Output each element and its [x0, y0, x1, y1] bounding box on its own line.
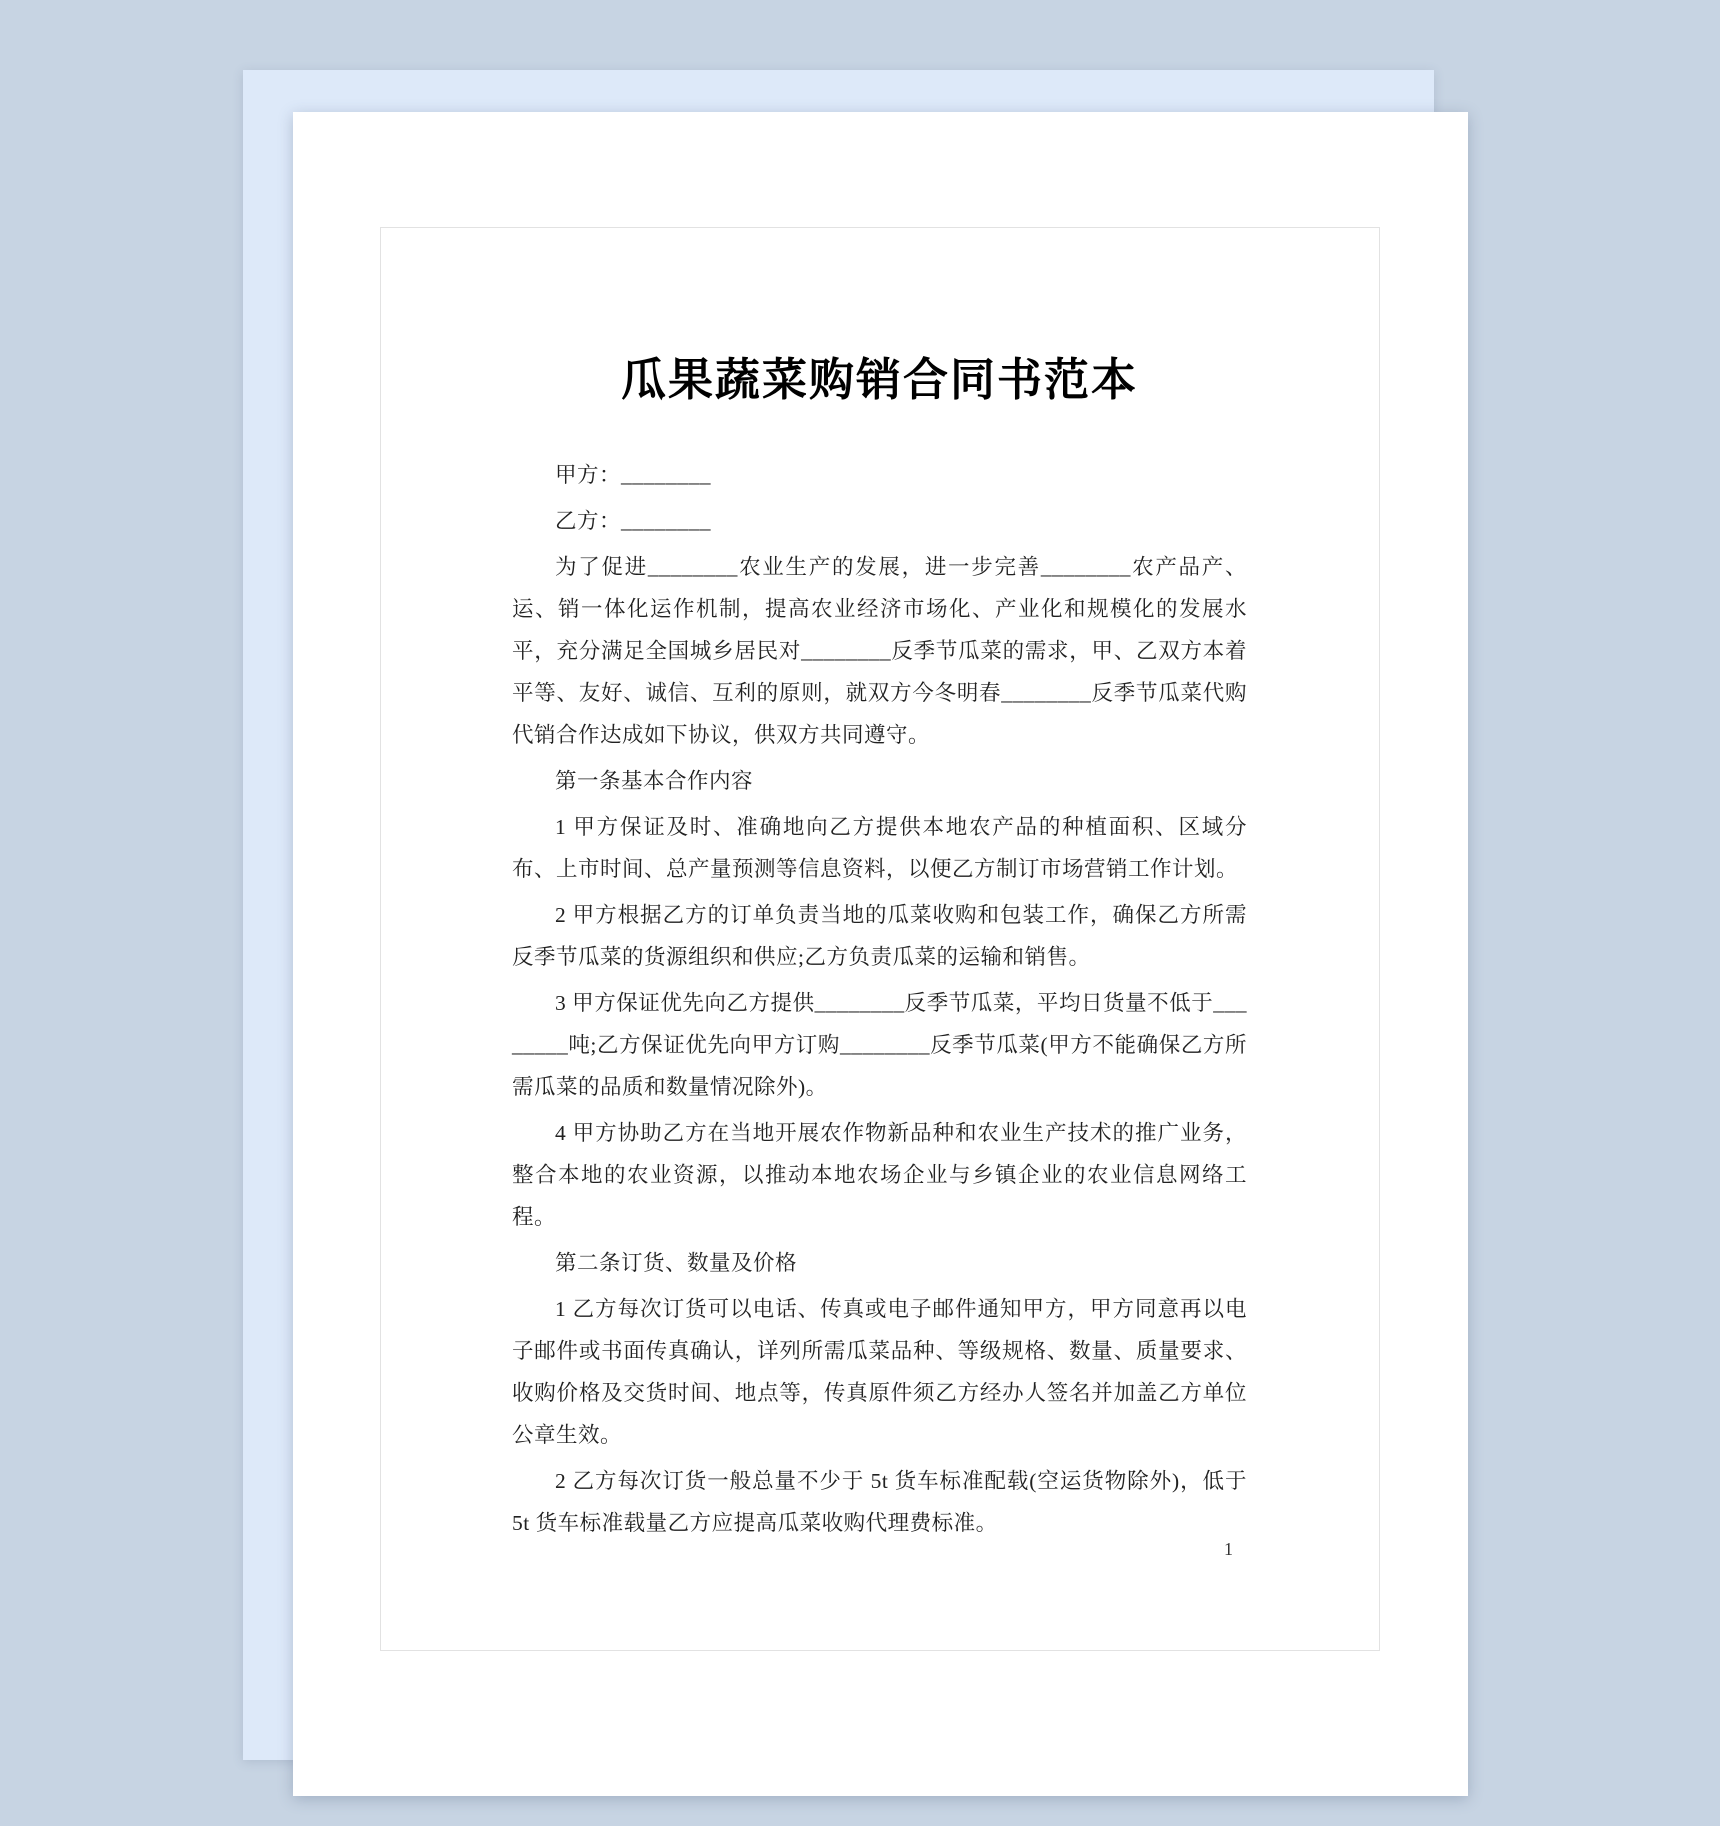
clause-2-2: 2 乙方每次订货一般总量不少于 5t 货车标准配载(空运货物除外)，低于 5t … [512, 1460, 1247, 1544]
clause-1-4: 4 甲方协助乙方在当地开展农作物新品种和农业生产技术的推广业务，整合本地的农业资… [512, 1112, 1247, 1238]
intro-paragraph: 为了促进________农业生产的发展，进一步完善________农产品产、运、… [512, 546, 1247, 756]
page-backdrop: 瓜果蔬菜购销合同书范本 甲方：________ 乙方：________ 为了促进… [0, 0, 1720, 1826]
section-1-heading: 第一条基本合作内容 [512, 760, 1247, 802]
clause-1-1: 1 甲方保证及时、准确地向乙方提供本地农产品的种植面积、区域分布、上市时间、总产… [512, 806, 1247, 890]
document-content: 瓜果蔬菜购销合同书范本 甲方：________ 乙方：________ 为了促进… [512, 343, 1247, 1548]
document-page: 瓜果蔬菜购销合同书范本 甲方：________ 乙方：________ 为了促进… [293, 112, 1468, 1796]
document-title: 瓜果蔬菜购销合同书范本 [512, 343, 1247, 408]
page-number: 1 [1224, 1539, 1233, 1560]
document-frame: 瓜果蔬菜购销合同书范本 甲方：________ 乙方：________ 为了促进… [380, 227, 1380, 1651]
section-2-heading: 第二条订货、数量及价格 [512, 1242, 1247, 1284]
clause-1-2: 2 甲方根据乙方的订单负责当地的瓜菜收购和包装工作，确保乙方所需反季节瓜菜的货源… [512, 894, 1247, 978]
party-b-line: 乙方：________ [512, 500, 1247, 542]
clause-1-3: 3 甲方保证优先向乙方提供________反季节瓜菜，平均日货量不低于_____… [512, 982, 1247, 1108]
clause-2-1: 1 乙方每次订货可以电话、传真或电子邮件通知甲方，甲方同意再以电子邮件或书面传真… [512, 1288, 1247, 1456]
party-a-line: 甲方：________ [512, 454, 1247, 496]
